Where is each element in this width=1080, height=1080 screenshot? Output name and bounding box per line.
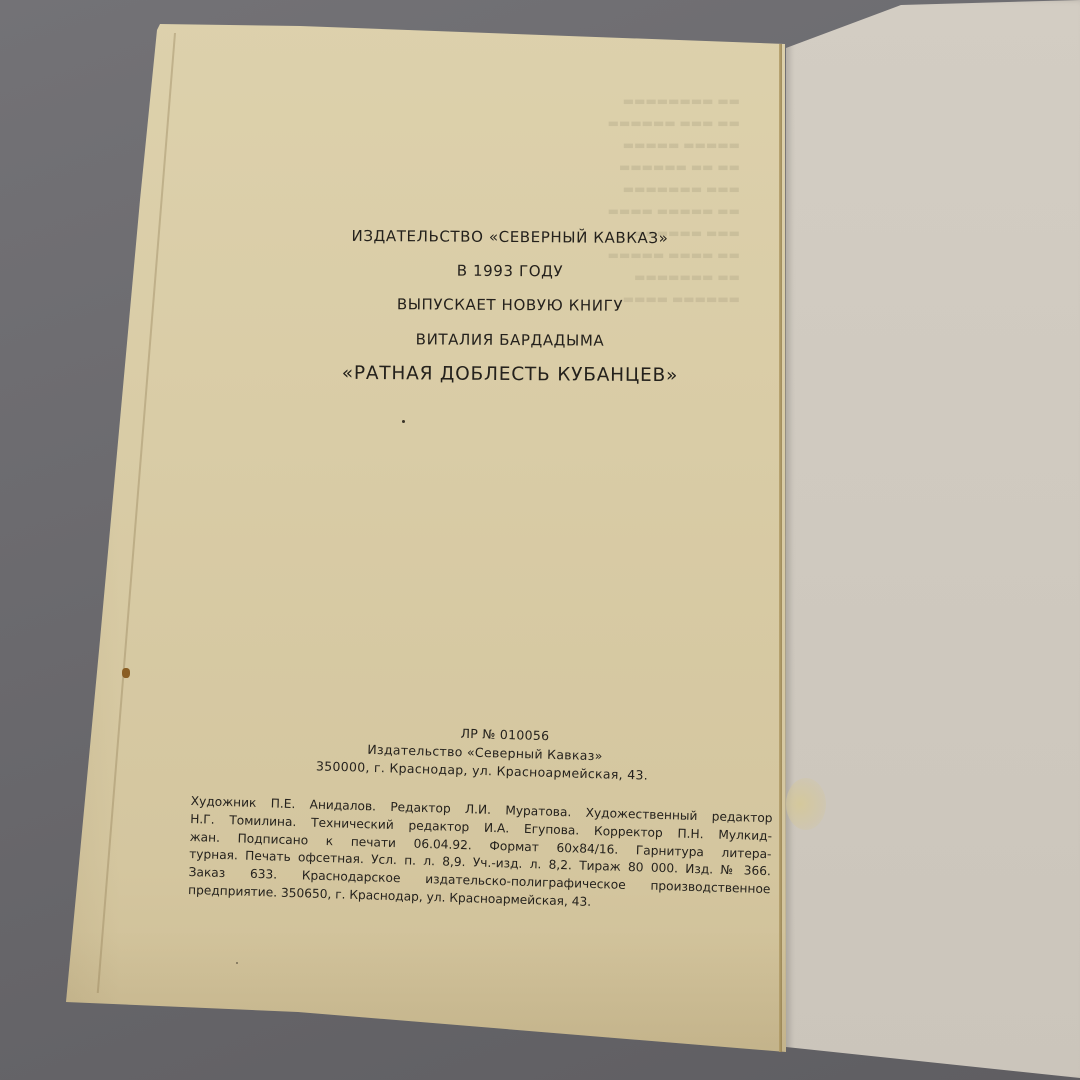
page-text: ИЗДАТЕЛЬСТВО «СЕВЕРНЫЙ КАВКАЗ» В 1993 ГО…: [0, 0, 1080, 1080]
colophon-block: Художник П.Е. Анидалов. Редактор Л.И. Му…: [188, 793, 773, 917]
announcement-author: ВИТАЛИЯ БАРДАДЫМА: [260, 329, 760, 350]
announcement-publisher: ИЗДАТЕЛЬСТВО «СЕВЕРНЫЙ КАВКАЗ»: [260, 226, 760, 247]
announcement-book-title: «РАТНАЯ ДОБЛЕСТЬ КУБАНЦЕВ»: [260, 362, 760, 386]
announcement-year: В 1993 ГОДУ: [260, 260, 760, 281]
announcement-new-book: ВЫПУСКАЕТ НОВУЮ КНИГУ: [260, 294, 760, 315]
